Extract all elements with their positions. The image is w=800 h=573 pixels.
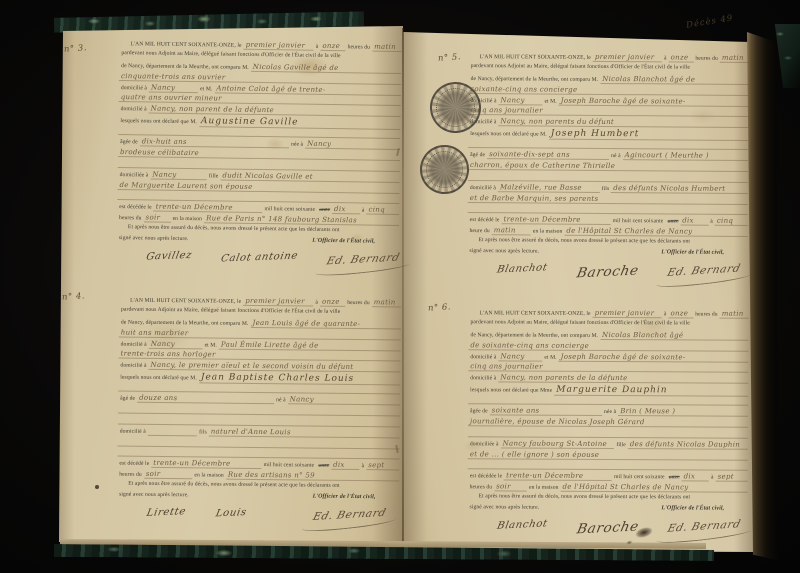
handwritten-fill: premier janvier [244,41,314,51]
printed-form-text: pardevant nous Adjoint au Maire, délégué… [469,319,692,326]
printed-form-text: de Nancy, département de la Meurthe, ont… [119,63,251,71]
printed-form-text: et M. [542,98,558,104]
handwritten-fill: Nancy [499,96,543,105]
printed-form-text: est décédée le [117,204,154,211]
printed-form-text: heures du [693,56,720,62]
death-record-entry-4: L'AN MIL HUIT CENT SOIXANTE-ONZE, leprem… [117,296,401,522]
printed-form-text: de Nancy, département de la Meurthe, ont… [119,319,251,326]
corner-note: Décès 49 [686,13,735,30]
death-record-entry-6: L'AN MIL HUIT CENT SOIXANTE-ONZE, leprem… [467,308,748,536]
handwritten-fill: des défunts Nicolas Dauphin [628,440,748,450]
handwritten-fill: Rue de Paris n° 148 faubourg Stanislas [204,214,399,226]
handwritten-fill [118,404,400,416]
handwritten-fill: dix-huit ans [140,137,289,148]
handwritten-fill [468,204,748,215]
handwritten-fill: Brin ( Meuse ) [618,407,748,417]
handwritten-fill: soixante-dix-sept ans [487,150,609,160]
handwritten-fill: soir [494,483,527,492]
printed-officer-label: L'Officier de l'État civil, [311,494,378,501]
printed-form-text: mil huit cent soixante [262,462,317,469]
handwritten-fill: Nancy, non parents du défunt [498,118,748,129]
printed-form-text: domiciliée à [468,441,501,447]
printed-form-text: domicilié à [118,363,148,369]
printed-form-text: née à [289,141,305,147]
witness-signature: Baroche [575,263,640,282]
printed-form-text: signé avec nous après lecture. [468,504,542,510]
handwritten-fill: onze [320,42,345,51]
printed-form-text: en la maison [192,473,226,479]
officer-signature: Ed. Bernard [311,507,387,523]
handwritten-fill: onze [320,298,345,307]
handwritten-fill: de soixante-cinq ans concierge [468,341,748,351]
handwritten-fill: Nicolas Blanchot âgé de [600,75,748,85]
handwritten-fill [468,395,748,405]
printed-form-text: domicilié à [118,428,148,434]
handwritten-fill: Nicolas Blanchot âgé [600,331,748,341]
handwritten-fill: trente-un Décembre [504,472,612,482]
handwritten-fill: des défunts Nicolas Humbert [611,184,748,194]
printed-form-text: âgée de [118,139,140,145]
spacer [541,253,659,254]
handwritten-fill: premier janvier [593,53,662,62]
handwritten-fill: dix [331,461,360,470]
handwritten-fill: dix [680,217,708,226]
printed-form-text: Et après nous être assuré du décès, nous… [477,493,693,500]
struck-printed-word: onze [667,474,682,480]
printed-form-text: est décédé le [468,217,502,223]
officer-signature: Ed. Bernard [666,262,742,278]
entry-number: n° 5. [438,52,462,64]
death-record-entry-3: L'AN MIL HUIT CENT SOIXANTE-ONZE, leprem… [116,39,401,266]
handwritten-fill: sept [716,473,748,482]
printed-form-text: domiciliée à [118,172,151,178]
form-line: signé avec nous après lecture.L'Officier… [117,492,399,506]
printed-form-text: lesquels nous ont déclaré que M. [118,118,199,125]
handwritten-fill: et de Barbe Marquin, ses parents [468,194,748,205]
handwritten-fill: soixante ans [490,406,602,416]
printed-form-text: heure du [468,228,492,234]
witness-signature: Lirette [146,506,187,519]
handwritten-fill: Nancy [498,352,542,361]
handwritten-fill: dix [332,205,360,214]
handwritten-fill: Agincourt ( Meurthe ) [623,151,748,161]
handwritten-fill: Nancy, le premier aïeul et le second voi… [149,361,401,373]
signature-row: BlanchotBarocheEd. Bernard [467,519,747,536]
printed-form-text: née à [602,409,618,415]
handwritten-fill: Nicolas Gaville âgé de [251,63,402,74]
printed-form-text: lesquels nous ont déclaré que Mme [468,388,554,394]
officer-signature: Ed. Bernard [325,251,401,267]
printed-form-text: en la maison [527,485,561,491]
printed-form-text: domicilié à [468,354,498,360]
printed-form-text: fils [197,429,209,435]
printed-form-text: âgée de [468,408,490,414]
handwritten-fill: cinq [366,206,399,215]
handwritten-fill: trente-un Décembre [501,216,610,226]
printed-form-text: mil huit cent soixante [611,218,666,224]
handwritten-fill: premier janvier [593,309,662,318]
handwritten-fill: Rue des artisans n° 59 [226,471,400,482]
struck-printed-word: onze [316,463,331,469]
handwritten-fill: matin [492,226,531,235]
printed-form-text: L'AN MIL HUIT CENT SOIXANTE-ONZE, le [128,41,243,49]
handwritten-fill: trente-un Décembre [151,459,261,469]
handwritten-fill: cinq [715,217,748,226]
printed-form-text: fille [207,173,221,179]
handwritten-fill [118,415,400,427]
handwritten-fill [118,437,400,449]
handwritten-fill [468,461,748,471]
ink-speck [95,485,99,489]
printed-form-text: pardevant nous Adjoint au Maire, délégué… [469,63,692,71]
handwritten-fill: Nancy faubourg St-Antoine [501,439,615,449]
handwritten-fill [468,139,748,150]
printed-form-text: heures du [117,472,144,478]
handwritten-fill [117,448,399,460]
printed-form-text: en la maison [531,229,565,235]
handwritten-fill: naturel d'Anne Louis [209,427,400,438]
gutter-fold [402,28,404,550]
spacer [191,496,311,497]
handwritten-fill: douze ans [137,394,274,404]
printed-form-text: domicilié à [468,98,498,104]
printed-officer-label: L'Officier de l'État civil, [310,238,377,245]
printed-form-text: Et après nous être assuré du décès, nous… [476,237,692,245]
witness-signature: Blanchot [496,262,549,275]
handwritten-fill: Joseph Baroche âgé de soixante- [559,96,749,106]
handwritten-fill: sept [366,461,399,470]
witness-signature: Gavillez [145,250,193,263]
spacer [541,509,659,510]
printed-form-text: domicilié à [468,119,498,125]
photo-background: Décès 49 n° 3. n° 4. n° 5. n° 6. L'AN MI… [0,0,800,573]
printed-form-text: L'AN MIL HUIT CENT SOIXANTE-ONZE, le [478,54,593,61]
witness-signature: Louis [214,507,247,519]
printed-form-text: heures du [693,311,720,317]
handwritten-fill: journalière, épouse de Nicolas Joseph Gé… [468,417,748,427]
struck-printed-word: onze [317,207,332,213]
printed-form-text: L'AN MIL HUIT CENT SOIXANTE-ONZE, le [478,310,593,317]
form-line: signé avec nous après lecture.L'Officier… [467,248,747,261]
handwritten-fill: matin [372,43,401,52]
printed-form-text: heures du [345,300,372,306]
printed-form-text: mil huit cent soixante [263,206,318,213]
handwritten-fill: matin [372,298,401,307]
printed-form-text: lesquels nous ont déclaré que M. [118,375,199,382]
handwritten-fill: Nancy [150,170,207,180]
witness-signature: Calot antoine [220,251,299,265]
printed-form-text: signé avec nous après lecture. [117,235,191,242]
handwritten-fill: soixante-cinq ans concierge [469,85,749,96]
handwritten-fill: dudit Nicolas Gaville et [220,171,399,183]
printed-officer-label: L'Officier de l'État civil, [659,505,726,511]
printed-form-text: heures du [468,485,495,491]
entry-number: n° 3. [64,43,88,55]
handwritten-fill: trente-un Décembre [154,203,263,214]
printed-form-text: fille [614,442,628,448]
witness-signature: Baroche [575,519,640,538]
handwritten-fill: cinq ans journalier [468,363,748,373]
printed-form-text: heures du [346,44,373,50]
printed-form-text: mil huit cent soixante [612,474,667,480]
printed-form-text: de Nancy, département de la Meurthe, ont… [468,332,600,339]
death-record-entry-5: L'AN MIL HUIT CENT SOIXANTE-ONZE, leprem… [467,52,749,281]
witness-signature: Blanchot [496,518,549,531]
entry-number: n° 4. [62,291,86,302]
handwritten-fill: dix [682,473,709,482]
printed-form-text: signé avec nous après lecture. [117,492,191,499]
printed-form-text: signé avec nous après lecture. [467,248,541,255]
handwritten-fill: Jean Louis âgé de quarante- [250,319,400,330]
handwritten-fill: Joseph Baroche âgé de soixante- [559,352,749,362]
printed-form-text: âgé de [468,152,487,158]
handwritten-fill: Paul Émile Lirette âgé de [219,340,401,351]
handwritten-fill [148,427,197,437]
handwritten-fill: premier janvier [243,297,313,307]
handwritten-fill [468,428,748,438]
printed-form-text: est décédée le [468,474,504,480]
form-line: signé avec nous après lecture.L'Officier… [468,504,748,516]
printed-form-text: heures du [117,215,144,221]
printed-form-text: L'AN MIL HUIT CENT SOIXANTE-ONZE, le [128,298,243,305]
handwritten-fill: et de ... ( elle ignore ) son épouse [468,450,748,460]
handwritten-fill [118,383,400,395]
printed-officer-label: L'Officier de l'État civil, [659,249,726,255]
handwritten-fill: onze [668,309,693,318]
handwritten-fill: onze [669,53,694,62]
handwritten-fill: Nancy, non parents de la défunte [498,374,748,384]
officer-signature: Ed. Bernard [666,518,742,535]
handwritten-fill: matin [720,54,749,63]
handwritten-fill: soir [144,214,171,223]
printed-form-text: et M. [203,342,219,348]
printed-form-text: domicilié à [119,85,149,91]
printed-form-text: domicilié à [468,185,498,191]
handwritten-fill: charron, époux de Catherine Thirielle [468,161,748,172]
printed-form-text: Et après nous être assuré du décès, nous… [126,481,342,489]
handwritten-fill: huit ans marbrier [119,328,401,340]
handwritten-fill: Nancy [149,83,198,93]
struck-printed-word: onze [665,219,680,225]
handwritten-fill: Antoine Calot âgé de trente- [214,84,401,96]
printed-form-text: et M. [542,354,558,360]
printed-form-text: né à [274,397,288,403]
printed-form-text: est décédé le [117,461,151,467]
printed-form-text: lesquels nous ont déclaré que M. [468,131,549,138]
spacer [190,240,310,242]
handwritten-fill: trente-trois ans horloger [119,350,401,362]
handwritten-fill: Nancy [305,140,400,150]
printed-form-text: fils [600,186,612,192]
handwritten-fill: de l'Hôpital St Charles de Nancy [560,483,747,493]
printed-form-text: domicilié à [468,376,498,382]
handwritten-fill: de l'Hôpital St Charles de Nancy [564,227,747,237]
signature-row: BlanchotBarocheEd. Bernard [467,263,747,281]
entry-number: n° 6. [428,302,452,313]
handwritten-fill: Malzéville, rue Basse [498,183,600,193]
printed-form-text: domicilié à [119,341,149,347]
printed-form-text: âgé de [118,396,137,402]
handwritten-fill: matin [720,310,749,319]
printed-form-text: en la maison [171,216,205,222]
handwritten-fill [468,172,748,183]
printed-form-text: de Nancy, département de la Meurthe, ont… [469,76,601,83]
handwritten-fill: cinq ans journalier [468,106,748,117]
handwritten-fill: soir [144,470,193,480]
printed-form-text: pardevant nous Adjoint au Maire, délégué… [119,306,342,314]
printed-form-text: né à [609,153,623,159]
handwritten-fill: Nancy [288,395,400,405]
printed-form-text: domicilié à [119,106,149,112]
handwritten-fill: Nancy [149,339,203,349]
printed-form-text: et M. [198,86,214,92]
